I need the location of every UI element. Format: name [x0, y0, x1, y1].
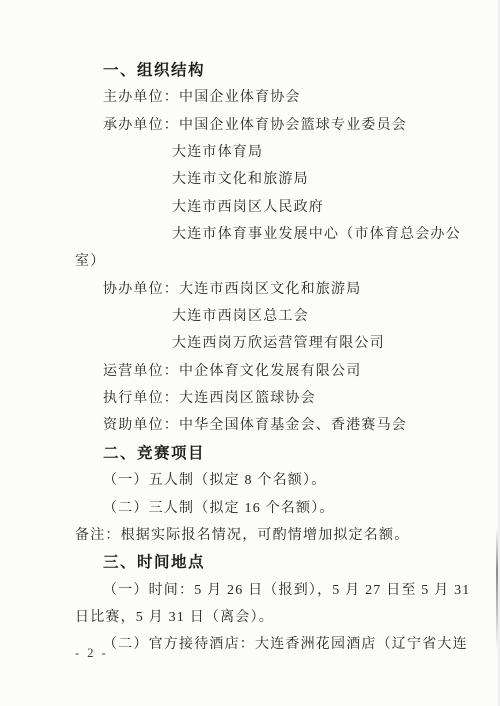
line-schedule-2: 日比赛，5 月 31 日（离会）。: [75, 604, 495, 631]
document-page: 一、组织结构 主办单位：中国企业体育协会 承办单位：中国企业体育协会篮球专业委员…: [0, 0, 500, 706]
line-executing-unit: 执行单位：大连西岗区篮球协会: [75, 385, 495, 412]
line-undertaking-unit: 承办单位：中国企业体育协会篮球专业委员会: [75, 112, 495, 139]
line-three-player-event: （二）三人制（拟定 16 个名额）。: [75, 495, 495, 522]
line-co-organizer-unit-2: 大连市西岗区总工会: [75, 303, 495, 330]
line-funding-unit: 资助单位：中华全国体育基金会、香港赛马会: [75, 412, 495, 439]
line-remark: 备注：根据实际报名情况，可酌情增加拟定名额。: [75, 522, 495, 549]
heading-organization-structure: 一、组织结构: [75, 57, 495, 84]
line-co-organizer-unit: 协办单位：大连市西岗区文化和旅游局: [75, 276, 495, 303]
line-undertaking-unit-2: 大连市体育局: [75, 139, 495, 166]
heading-time-location: 三、时间地点: [75, 549, 495, 576]
page-number: - 2 -: [75, 646, 108, 661]
line-schedule-1: （一）时间：5 月 26 日（报到），5 月 27 日至 5 月 31: [75, 577, 495, 604]
line-undertaking-unit-wrap: 室）: [75, 248, 495, 275]
heading-competition-events: 二、竞赛项目: [75, 440, 495, 467]
line-official-hotel: （二）官方接待酒店：大连香洲花园酒店（辽宁省大连: [75, 631, 495, 658]
line-host-unit: 主办单位：中国企业体育协会: [75, 84, 495, 111]
line-co-organizer-unit-3: 大连西岗万欣运营管理有限公司: [75, 330, 495, 357]
line-five-player-event: （一）五人制（拟定 8 个名额）。: [75, 467, 495, 494]
document-body: 一、组织结构 主办单位：中国企业体育协会 承办单位：中国企业体育协会篮球专业委员…: [75, 57, 495, 659]
line-undertaking-unit-3: 大连市文化和旅游局: [75, 166, 495, 193]
line-undertaking-unit-5: 大连市体育事业发展中心（市体育总会办公: [75, 221, 495, 248]
line-undertaking-unit-4: 大连市西岗区人民政府: [75, 194, 495, 221]
line-operating-unit: 运营单位：中企体育文化发展有限公司: [75, 358, 495, 385]
